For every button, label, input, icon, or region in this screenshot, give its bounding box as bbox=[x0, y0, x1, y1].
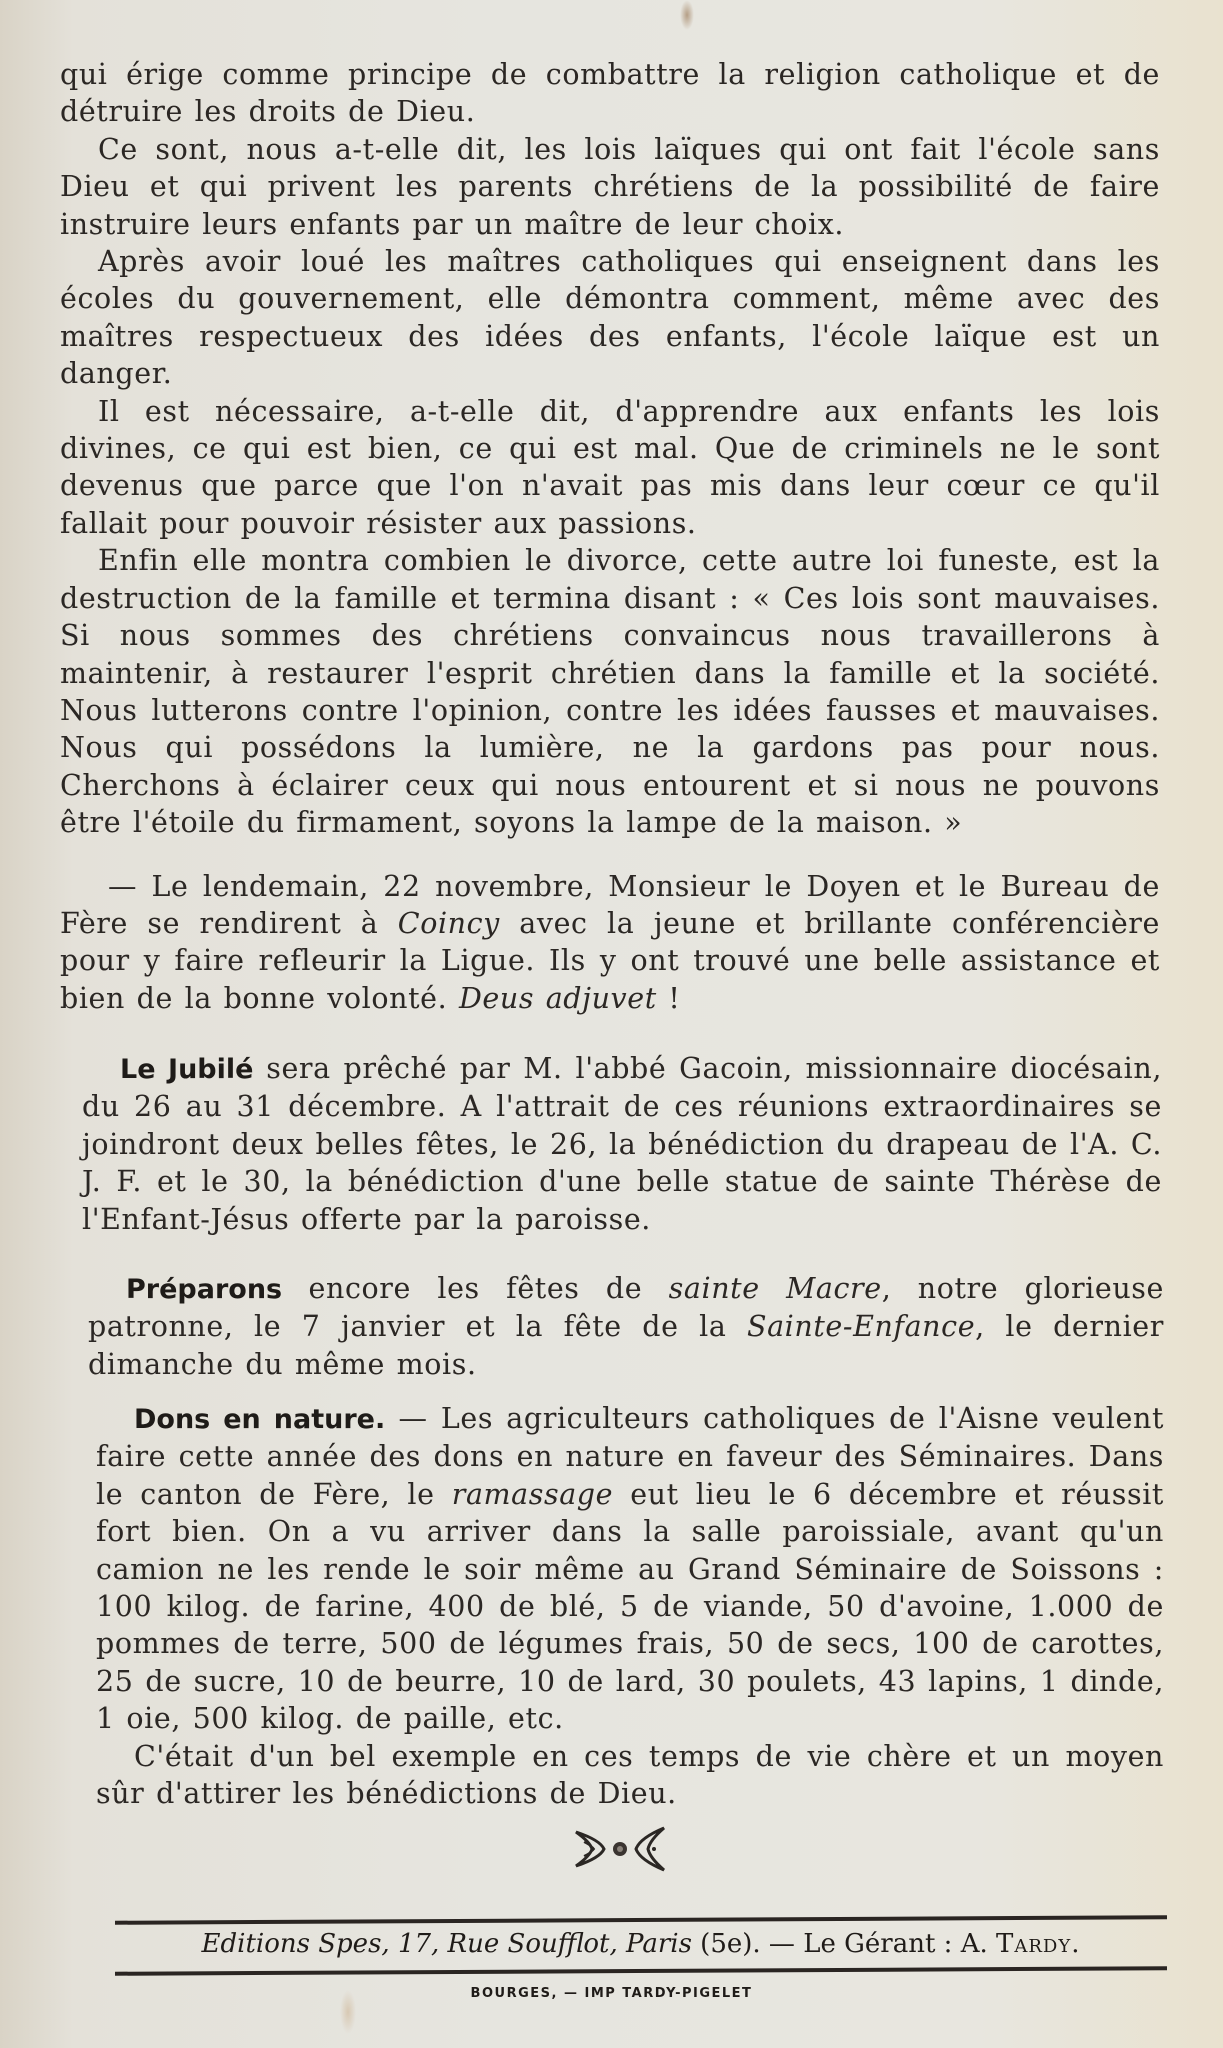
paragraph: Après avoir loué les maîtres catholiques… bbox=[60, 243, 1160, 393]
text: ! bbox=[657, 982, 681, 1015]
paragraph: Enfin elle montra combien le divorce, ce… bbox=[60, 542, 1160, 841]
manager-label: Le Gérant : A. bbox=[803, 1929, 996, 1959]
latin-phrase: Deus adjuvet bbox=[459, 982, 657, 1015]
article-block: qui érige comme principe de combattre la… bbox=[60, 56, 1160, 1017]
paragraph-dons: Dons en nature. — Les agriculteurs catho… bbox=[96, 1400, 1164, 1738]
italic-term: ramassage bbox=[452, 1478, 613, 1511]
paragraph: Il est nécessaire, a-t-elle dit, d'appre… bbox=[60, 393, 1160, 543]
dons-section: Dons en nature. — Les agriculteurs catho… bbox=[96, 1400, 1164, 1812]
manager-name: Tardy. bbox=[996, 1929, 1080, 1959]
publisher-address: Editions Spes, 17, Rue Soufflot, Paris bbox=[202, 1929, 692, 1959]
feast-name: Sainte-Enfance bbox=[747, 1310, 975, 1343]
paragraph-jubile: Le Jubilé sera prêché par M. l'abbé Gaco… bbox=[82, 1050, 1162, 1238]
place-name: Coincy bbox=[398, 907, 500, 940]
paragraph-closing: C'était d'un bel exemple en ces temps de… bbox=[96, 1738, 1164, 1813]
scanned-page: qui érige comme principe de combattre la… bbox=[0, 0, 1223, 2048]
paragraph-coincy: — Le lendemain, 22 novembre, Monsieur le… bbox=[60, 868, 1160, 1018]
section-lead: Préparons bbox=[126, 1274, 282, 1305]
preparons-section: Préparons encore les fêtes de sainte Mac… bbox=[88, 1270, 1164, 1383]
paper-stain bbox=[680, 0, 694, 30]
printer-imprint: BOURGES, — IMP TARDY-PIGELET bbox=[0, 1986, 1223, 2001]
saint-name: sainte Macre bbox=[669, 1272, 882, 1305]
text: eut lieu le 6 décembre et réussit fort b… bbox=[96, 1478, 1164, 1735]
footer-rule-top bbox=[115, 1915, 1167, 1925]
footer-rule-bottom bbox=[115, 1966, 1167, 1976]
section-lead: Le Jubilé bbox=[120, 1054, 253, 1085]
publisher-line: Editions Spes, 17, Rue Soufflot, Paris (… bbox=[115, 1929, 1167, 1959]
text: (5e). — bbox=[692, 1929, 803, 1959]
section-lead: Dons en nature. bbox=[134, 1404, 385, 1435]
text: encore les fêtes de bbox=[282, 1272, 669, 1305]
paragraph: Ce sont, nous a-t-elle dit, les lois laï… bbox=[60, 131, 1160, 243]
paragraph-preparons: Préparons encore les fêtes de sainte Mac… bbox=[88, 1270, 1164, 1383]
paragraph: qui érige comme principe de combattre la… bbox=[60, 56, 1160, 131]
fleuron-ornament-icon bbox=[570, 1826, 670, 1872]
jubile-section: Le Jubilé sera prêché par M. l'abbé Gaco… bbox=[82, 1050, 1162, 1238]
